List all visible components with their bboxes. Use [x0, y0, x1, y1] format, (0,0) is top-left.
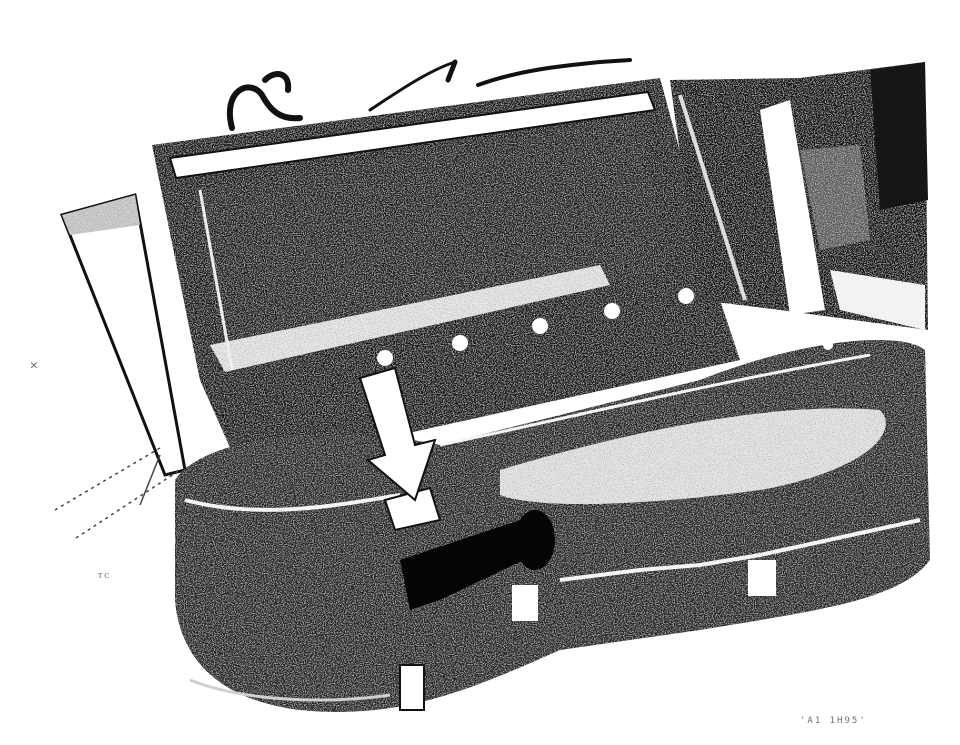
halftone-photo: [0, 0, 960, 745]
callout-mark-lower: ᴛᴄ: [98, 570, 111, 581]
callout-mark: ✕: [30, 358, 40, 373]
figure-reference-code: 'A1 1H95': [800, 716, 867, 726]
right-assembly: [670, 62, 928, 330]
left-bracket: [62, 195, 185, 475]
